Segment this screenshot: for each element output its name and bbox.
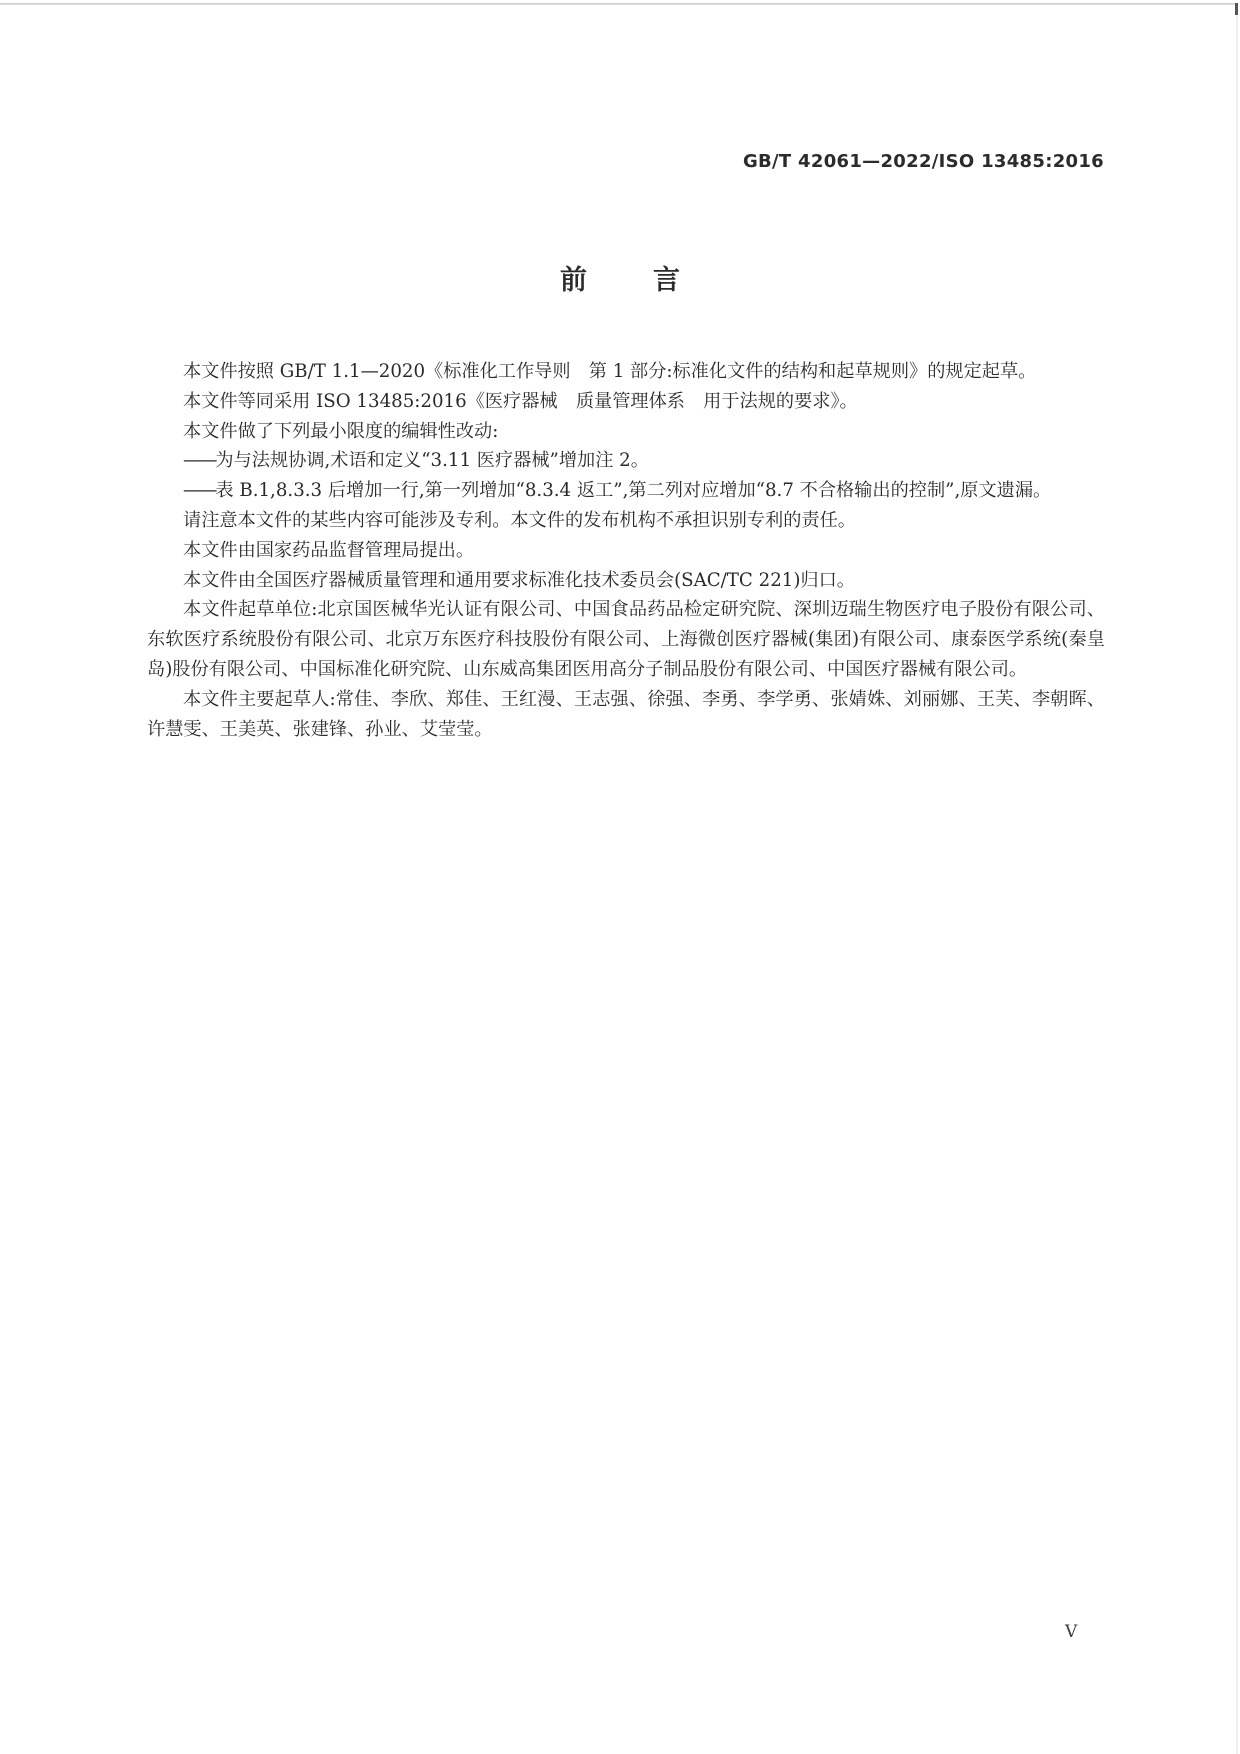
list-item-change-2: ——表 B.1,8.3.3 后增加一行,第一列增加“8.3.4 返工”,第二列对… — [147, 476, 1105, 506]
dash-marker: —— — [183, 480, 215, 501]
paragraph-drafting-organizations: 本文件起草单位:北京国医械华光认证有限公司、中国食品药品检定研究院、深圳迈瑞生物… — [147, 595, 1105, 684]
list-item-change-1: ——为与法规协调,术语和定义“3.11 医疗器械”增加注 2。 — [147, 446, 1105, 476]
page-title: 前言 — [0, 258, 1240, 297]
list-item-text: 为与法规协调,术语和定义“3.11 医疗器械”增加注 2。 — [215, 450, 649, 471]
paragraph-proposed-by: 本文件由国家药品监督管理局提出。 — [147, 536, 1105, 566]
foreword-body: 本文件按照 GB/T 1.1—2020《标准化工作导则 第 1 部分:标准化文件… — [147, 357, 1105, 744]
scan-corner-mark — [1235, 3, 1238, 15]
dash-marker: —— — [183, 450, 215, 471]
paragraph-principal-drafters: 本文件主要起草人:常佳、李欣、郑佳、王红漫、王志强、徐强、李勇、李学勇、张婧姝、… — [147, 685, 1105, 745]
page-number: V — [1065, 1622, 1077, 1642]
standard-code-header: GB/T 42061—2022/ISO 13485:2016 — [743, 151, 1104, 172]
list-item-text: 表 B.1,8.3.3 后增加一行,第一列增加“8.3.4 返工”,第二列对应增… — [215, 480, 1051, 501]
paragraph-editorial-changes-intro: 本文件做了下列最小限度的编辑性改动: — [147, 417, 1105, 447]
title-char-1: 前 — [560, 258, 587, 297]
paragraph-drafting-rules: 本文件按照 GB/T 1.1—2020《标准化工作导则 第 1 部分:标准化文件… — [147, 357, 1105, 387]
scan-top-edge — [0, 3, 1236, 5]
paragraph-patent-notice: 请注意本文件的某些内容可能涉及专利。本文件的发布机构不承担识别专利的责任。 — [147, 506, 1105, 536]
title-char-2: 言 — [653, 258, 680, 297]
paragraph-identical-adoption: 本文件等同采用 ISO 13485:2016《医疗器械 质量管理体系 用于法规的… — [147, 387, 1105, 417]
paragraph-technical-committee: 本文件由全国医疗器械质量管理和通用要求标准化技术委员会(SAC/TC 221)归… — [147, 566, 1105, 596]
